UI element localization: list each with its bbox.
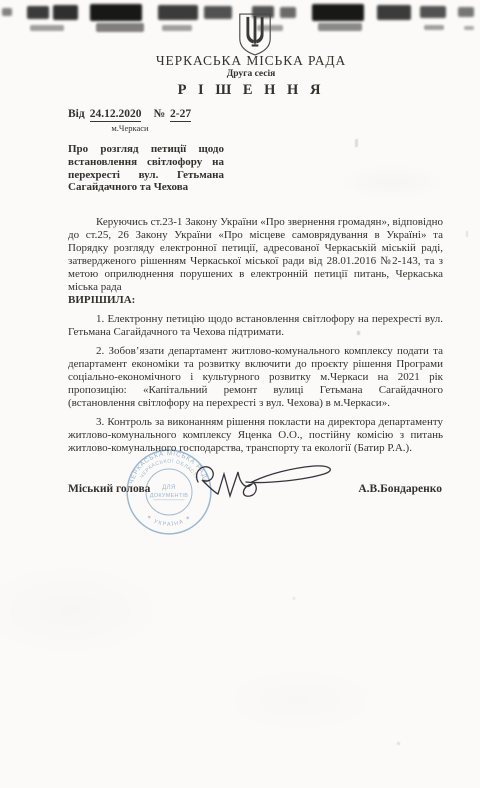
document-page: ЧЕРКАСЬКА МІСЬКА РАДА Друга сесія Р І Ш … [0,0,480,788]
document-type-title: Р І Ш Е Н Н Я [56,82,446,99]
scan-speck [466,231,468,237]
scan-speck [293,597,295,600]
resolved-label: ВИРІШИЛА: [68,294,443,307]
doc-number: 2-27 [170,108,191,122]
preamble-paragraph: Керуючись ст.23-1 Закону України «Про зв… [68,216,443,294]
number-sign: № [153,108,165,120]
date-prefix: Від [68,108,85,120]
signer-name: А.В.Бондаренко [358,483,442,495]
scan-speck [355,139,358,147]
doc-meta-line: Від24.12.2020№2-27 [68,108,191,120]
mayor-signature [188,448,348,510]
doc-date: 24.12.2020 [90,108,142,122]
city-label: м.Черкаси [84,123,176,133]
subject-block: Про розгляд петиції щодо встановлення св… [68,143,224,194]
resolution-item-1: 1. Електронну петицію щодо встановлення … [68,313,443,339]
body-text: Керуючись ст.23-1 Закону України «Про зв… [68,216,443,455]
council-name: ЧЕРКАСЬКА МІСЬКА РАДА [56,53,446,69]
resolution-item-2: 2. Зобов’язати департамент житлово-комун… [68,345,443,410]
signer-title: Міський голова [68,483,150,495]
session-label: Друга сесія [56,69,446,79]
ukraine-trident-emblem [236,12,274,56]
scan-speck [397,742,400,745]
signature-row: Міський голова А.В.Бондаренко [68,483,442,495]
